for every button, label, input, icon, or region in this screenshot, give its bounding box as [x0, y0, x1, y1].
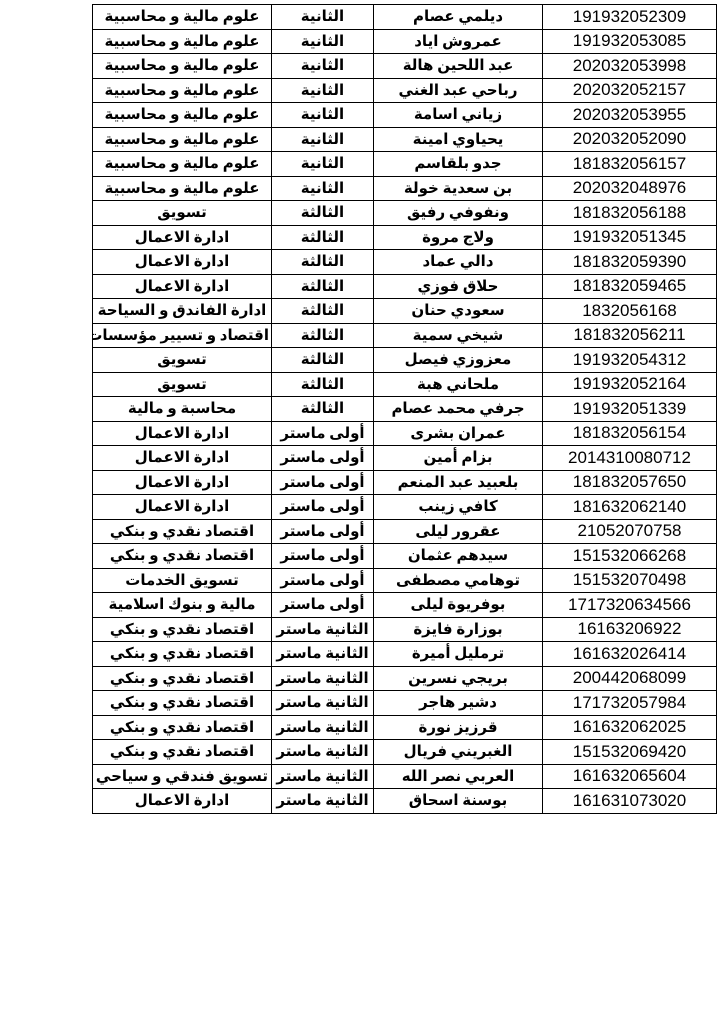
cell-specialization: علوم مالية و محاسبية — [93, 78, 272, 103]
cell-level: الثالثة — [272, 299, 374, 324]
cell-specialization: علوم مالية و محاسبية — [93, 54, 272, 79]
cell-level: الثانية ماستر — [272, 642, 374, 667]
cell-level: الثالثة — [272, 323, 374, 348]
cell-name: يحياوي امينة — [374, 127, 543, 152]
table-row: 191932052164ملحاني هبةالثالثةتسويق — [93, 372, 717, 397]
cell-id: 21052070758 — [543, 519, 717, 544]
cell-level: الثانية ماستر — [272, 764, 374, 789]
cell-id: 16163206922 — [543, 617, 717, 642]
cell-name: حلاق فوزي — [374, 274, 543, 299]
table-row: 200442068099بريجي نسرينالثانية ماستراقتص… — [93, 666, 717, 691]
cell-level: الثالثة — [272, 397, 374, 422]
table-row: 151532066268سيدهم عثمانأولى ماستراقتصاد … — [93, 544, 717, 569]
cell-id: 161632026414 — [543, 642, 717, 667]
table-row: 191932054312معزوزي فيصلالثالثةتسويق — [93, 348, 717, 373]
cell-id: 181832059465 — [543, 274, 717, 299]
cell-id: 202032052090 — [543, 127, 717, 152]
cell-name: ولاج مروة — [374, 225, 543, 250]
cell-specialization: تسويق — [93, 201, 272, 226]
cell-id: 202032053955 — [543, 103, 717, 128]
table-row: 202032052157رباحي عبد الغنيالثانيةعلوم م… — [93, 78, 717, 103]
cell-level: الثانية — [272, 78, 374, 103]
cell-name: ملحاني هبة — [374, 372, 543, 397]
table-row: 151532070498توهامي مصطفىأولى ماسترتسويق … — [93, 568, 717, 593]
cell-id: 191932052164 — [543, 372, 717, 397]
table-row: 181632062140كافي زينبأولى ماسترادارة الا… — [93, 495, 717, 520]
cell-name: بريجي نسرين — [374, 666, 543, 691]
cell-id: 191932052309 — [543, 5, 717, 30]
cell-level: الثانية — [272, 29, 374, 54]
cell-level: الثانية ماستر — [272, 617, 374, 642]
cell-specialization: علوم مالية و محاسبية — [93, 176, 272, 201]
cell-name: كافي زينب — [374, 495, 543, 520]
cell-name: بوفريوة ليلى — [374, 593, 543, 618]
table-row: 161632026414ترمليل أميرةالثانية ماستراقت… — [93, 642, 717, 667]
table-row: 191932051345ولاج مروةالثالثةادارة الاعما… — [93, 225, 717, 250]
cell-id: 191932051339 — [543, 397, 717, 422]
cell-name: معزوزي فيصل — [374, 348, 543, 373]
cell-id: 191932051345 — [543, 225, 717, 250]
table-row: 1832056168سعودي حنانالثالثةادارة الفاندق… — [93, 299, 717, 324]
cell-level: الثانية ماستر — [272, 691, 374, 716]
cell-specialization: اقتصاد نقدي و بنكي — [93, 642, 272, 667]
cell-specialization: ادارة الفاندق و السياحة — [93, 299, 272, 324]
cell-level: أولى ماستر — [272, 421, 374, 446]
cell-level: أولى ماستر — [272, 470, 374, 495]
students-table-body: 191932052309ديلمي عصامالثانيةعلوم مالية … — [93, 5, 717, 814]
cell-name: ترمليل أميرة — [374, 642, 543, 667]
table-row: 151532069420الغبريني فريالالثانية ماسترا… — [93, 740, 717, 765]
table-row: 181832059465حلاق فوزيالثالثةادارة الاعما… — [93, 274, 717, 299]
cell-specialization: اقتصاد نقدي و بنكي — [93, 617, 272, 642]
document-page: 191932052309ديلمي عصامالثانيةعلوم مالية … — [0, 0, 724, 1024]
students-table: 191932052309ديلمي عصامالثانيةعلوم مالية … — [92, 4, 717, 814]
cell-level: الثانية — [272, 5, 374, 30]
cell-level: الثانية ماستر — [272, 789, 374, 814]
cell-id: 191932054312 — [543, 348, 717, 373]
cell-name: توهامي مصطفى — [374, 568, 543, 593]
cell-name: بن سعدية خولة — [374, 176, 543, 201]
cell-specialization: اقتصاد و تسيير مؤسسات — [93, 323, 272, 348]
table-row: 202032048976بن سعدية خولةالثانيةعلوم مال… — [93, 176, 717, 201]
table-row: 191932052309ديلمي عصامالثانيةعلوم مالية … — [93, 5, 717, 30]
table-row: 181832059390دالي عمادالثالثةادارة الاعما… — [93, 250, 717, 275]
table-row: 181832056188ونفوفي رفيقالثالثةتسويق — [93, 201, 717, 226]
cell-specialization: اقتصاد نقدي و بنكي — [93, 740, 272, 765]
table-row: 202032053955زياني اسامةالثانيةعلوم مالية… — [93, 103, 717, 128]
cell-level: الثانية ماستر — [272, 666, 374, 691]
cell-specialization: محاسبة و مالية — [93, 397, 272, 422]
cell-name: ديلمي عصام — [374, 5, 543, 30]
cell-level: أولى ماستر — [272, 544, 374, 569]
cell-id: 181832056154 — [543, 421, 717, 446]
cell-specialization: ادارة الاعمال — [93, 274, 272, 299]
cell-specialization: تسويق — [93, 348, 272, 373]
cell-level: الثالثة — [272, 372, 374, 397]
cell-id: 181832056188 — [543, 201, 717, 226]
table-row: 16163206922بوزارة فايزةالثانية ماستراقتص… — [93, 617, 717, 642]
table-row: 161632062025قرزيز نورةالثانية ماستراقتصا… — [93, 715, 717, 740]
cell-name: العربي نصر الله — [374, 764, 543, 789]
cell-specialization: ادارة الاعمال — [93, 789, 272, 814]
cell-specialization: ادارة الاعمال — [93, 250, 272, 275]
table-row: 191932053085عمروش ايادالثانيةعلوم مالية … — [93, 29, 717, 54]
cell-name: رباحي عبد الغني — [374, 78, 543, 103]
cell-name: قرزيز نورة — [374, 715, 543, 740]
table-row: 161632065604العربي نصر اللهالثانية ماستر… — [93, 764, 717, 789]
cell-specialization: علوم مالية و محاسبية — [93, 29, 272, 54]
cell-id: 181832056157 — [543, 152, 717, 177]
cell-name: جرفي محمد عصام — [374, 397, 543, 422]
cell-id: 181632062140 — [543, 495, 717, 520]
cell-id: 171732057984 — [543, 691, 717, 716]
cell-name: شيخي سمية — [374, 323, 543, 348]
cell-level: الثالثة — [272, 250, 374, 275]
cell-specialization: اقتصاد نقدي و بنكي — [93, 519, 272, 544]
cell-specialization: علوم مالية و محاسبية — [93, 103, 272, 128]
cell-specialization: علوم مالية و محاسبية — [93, 127, 272, 152]
cell-id: 1832056168 — [543, 299, 717, 324]
table-row: 181832056154عمران بشرىأولى ماسترادارة ال… — [93, 421, 717, 446]
cell-level: أولى ماستر — [272, 519, 374, 544]
cell-id: 161632065604 — [543, 764, 717, 789]
cell-id: 191932053085 — [543, 29, 717, 54]
cell-name: عبد اللحين هالة — [374, 54, 543, 79]
cell-level: الثالثة — [272, 201, 374, 226]
cell-id: 151532069420 — [543, 740, 717, 765]
cell-level: الثالثة — [272, 225, 374, 250]
cell-level: الثانية — [272, 103, 374, 128]
cell-specialization: ادارة الاعمال — [93, 495, 272, 520]
cell-specialization: اقتصاد نقدي و بنكي — [93, 691, 272, 716]
cell-id: 161632062025 — [543, 715, 717, 740]
cell-name: زياني اسامة — [374, 103, 543, 128]
cell-id: 151532066268 — [543, 544, 717, 569]
cell-specialization: علوم مالية و محاسبية — [93, 152, 272, 177]
cell-level: أولى ماستر — [272, 568, 374, 593]
cell-id: 200442068099 — [543, 666, 717, 691]
cell-name: ونفوفي رفيق — [374, 201, 543, 226]
table-row: 171732057984دشير هاجرالثانية ماستراقتصاد… — [93, 691, 717, 716]
cell-name: بلعبيد عبد المنعم — [374, 470, 543, 495]
cell-level: أولى ماستر — [272, 495, 374, 520]
cell-id: 202032048976 — [543, 176, 717, 201]
cell-specialization: اقتصاد نقدي و بنكي — [93, 666, 272, 691]
table-row: 181832056157جدو بلقاسمالثانيةعلوم مالية … — [93, 152, 717, 177]
cell-name: بوزارة فايزة — [374, 617, 543, 642]
table-row: 191932051339جرفي محمد عصامالثالثةمحاسبة … — [93, 397, 717, 422]
cell-id: 2014310080712 — [543, 446, 717, 471]
cell-id: 202032052157 — [543, 78, 717, 103]
cell-name: دالي عماد — [374, 250, 543, 275]
cell-specialization: ادارة الاعمال — [93, 225, 272, 250]
cell-id: 151532070498 — [543, 568, 717, 593]
cell-name: عمروش اياد — [374, 29, 543, 54]
table-row: 202032052090يحياوي امينةالثانيةعلوم مالي… — [93, 127, 717, 152]
cell-specialization: تسويق الخدمات — [93, 568, 272, 593]
table-row: 181832056211شيخي سميةالثالثةاقتصاد و تسي… — [93, 323, 717, 348]
cell-level: الثانية — [272, 54, 374, 79]
cell-id: 181832057650 — [543, 470, 717, 495]
cell-id: 181832059390 — [543, 250, 717, 275]
cell-specialization: ادارة الاعمال — [93, 446, 272, 471]
cell-specialization: علوم مالية و محاسبية — [93, 5, 272, 30]
table-row: 202032053998عبد اللحين هالةالثانيةعلوم م… — [93, 54, 717, 79]
cell-specialization: تسويق فندقي و سياحي — [93, 764, 272, 789]
cell-level: الثانية — [272, 176, 374, 201]
cell-level: الثانية ماستر — [272, 740, 374, 765]
cell-level: الثالثة — [272, 348, 374, 373]
cell-name: دشير هاجر — [374, 691, 543, 716]
cell-level: الثانية — [272, 152, 374, 177]
cell-level: الثانية ماستر — [272, 715, 374, 740]
cell-specialization: مالية و بنوك اسلامية — [93, 593, 272, 618]
cell-name: بزام أمين — [374, 446, 543, 471]
table-row: 181832057650بلعبيد عبد المنعمأولى ماسترا… — [93, 470, 717, 495]
cell-specialization: ادارة الاعمال — [93, 470, 272, 495]
table-row: 1717320634566بوفريوة ليلىأولى ماسترمالية… — [93, 593, 717, 618]
cell-level: الثانية — [272, 127, 374, 152]
cell-name: عمران بشرى — [374, 421, 543, 446]
cell-name: بوسنة اسحاق — [374, 789, 543, 814]
cell-specialization: اقتصاد نقدي و بنكي — [93, 715, 272, 740]
cell-level: الثالثة — [272, 274, 374, 299]
cell-level: أولى ماستر — [272, 446, 374, 471]
cell-specialization: ادارة الاعمال — [93, 421, 272, 446]
cell-name: الغبريني فريال — [374, 740, 543, 765]
table-row: 2014310080712بزام أمينأولى ماسترادارة ال… — [93, 446, 717, 471]
cell-id: 1717320634566 — [543, 593, 717, 618]
cell-name: عقرور ليلى — [374, 519, 543, 544]
cell-name: سيدهم عثمان — [374, 544, 543, 569]
cell-id: 161631073020 — [543, 789, 717, 814]
cell-level: أولى ماستر — [272, 593, 374, 618]
cell-name: سعودي حنان — [374, 299, 543, 324]
cell-specialization: اقتصاد نقدي و بنكي — [93, 544, 272, 569]
table-row: 161631073020بوسنة اسحاقالثانية ماسترادار… — [93, 789, 717, 814]
cell-specialization: تسويق — [93, 372, 272, 397]
cell-id: 202032053998 — [543, 54, 717, 79]
cell-name: جدو بلقاسم — [374, 152, 543, 177]
table-row: 21052070758عقرور ليلىأولى ماستراقتصاد نق… — [93, 519, 717, 544]
cell-id: 181832056211 — [543, 323, 717, 348]
